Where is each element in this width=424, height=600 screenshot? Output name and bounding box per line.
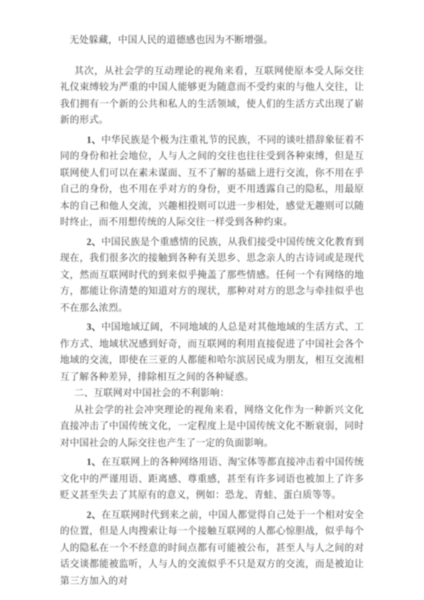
list-item-etiquette: 1、中华民族是个极为注重礼节的民族，不同的谈吐措辞象征着不同的身份和社会地位，人… — [60, 133, 364, 232]
paragraph-social-interaction-theory: 其次，从社会学的互动理论的视角来看，互联网使原本受人际交往礼仪束缚较为严重的中国… — [60, 64, 364, 130]
item-text: 中国民族是个重感情的民族，从我们接受中国传统文化教育到现在，我们很多次的接触到各… — [60, 238, 364, 314]
list-item-internet-slang: 1、在互联网上的各种网络用语、淘宝体等都直接冲击着中国传统文化中的严谨用语、距离… — [60, 455, 364, 505]
item-text: 在互联网上的各种网络用语、淘宝体等都直接冲击着中国传统文化中的严谨用语、距离感、… — [60, 458, 364, 501]
list-item-privacy: 2、在互联网时代到来之前，中国人都觉得自己处于一个相对安全的位置，但是人肉搜索让… — [60, 508, 364, 591]
item-number: 3、 — [87, 323, 102, 333]
item-number: 2、 — [87, 238, 102, 248]
item-number: 2、 — [87, 511, 102, 521]
list-item-emotion: 2、中国民族是个重感情的民族，从我们接受中国传统文化教育到现在，我们很多次的接触… — [60, 235, 364, 318]
item-number: 1、 — [87, 136, 102, 146]
paragraph-conflict-theory: 从社会学的社会冲突理论的视角来看，网络文化作为一种新兴文化直接冲击了中国传统文化… — [60, 403, 364, 453]
document-page: 无处躲藏，中国人民的道德感也因为不断增强。 其次，从社会学的互动理论的视角来看，… — [0, 0, 424, 600]
item-text: 在互联网时代到来之前，中国人都觉得自己处于一个相对安全的位置，但是人肉搜索让每一… — [60, 511, 364, 587]
list-item-region: 3、中国地域辽阔，不同地域的人总是对其他地域的生活方式、工作方式、地域状况感到好… — [60, 320, 364, 386]
item-number: 1、 — [87, 458, 102, 468]
paragraph-continuation: 无处躲藏，中国人民的道德感也因为不断增强。 — [60, 33, 364, 50]
item-text: 中国地域辽阔，不同地域的人总是对其他地域的生活方式、工作方式、地域状况感到好奇，… — [60, 323, 364, 383]
section-heading-negative-effects: 二、互联网对中国社会的不利影响： — [60, 386, 364, 403]
item-text: 中华民族是个极为注重礼节的民族，不同的谈吐措辞象征着不同的身份和社会地位，人与人… — [60, 136, 364, 229]
